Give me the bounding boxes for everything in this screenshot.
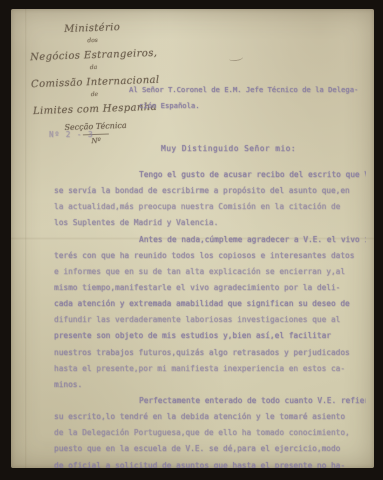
letterhead-ministry: Ministério: [29, 21, 155, 36]
body-line: minos.: [54, 377, 366, 393]
body-line: de oficial a solicitud de asuntos que ha…: [54, 458, 366, 468]
body-line: los Suplentes de Madrid y Valencia.: [54, 215, 366, 231]
letterhead-connector: dos: [30, 36, 156, 46]
paragraph-1: Tengo el gusto de acusar recibo del escr…: [54, 167, 366, 232]
body-line: de la Delegación Portuguesa,que de ello …: [54, 425, 366, 441]
body-line: la actualidad,más preocupa nuestra Comis…: [54, 199, 366, 215]
handwritten-letterhead: Ministério dos Negócios Estrangeiros, da…: [29, 15, 159, 147]
body-line: su escrito,lo tendré en la debida atenci…: [54, 409, 366, 425]
body-line: Tengo el gusto de acusar recibo del escr…: [54, 167, 366, 183]
salutation: Muy Distinguido Señor mio:: [161, 144, 296, 153]
body-line: terés con que ha reunido todos los copio…: [54, 248, 366, 264]
letter-body: Tengo el gusto de acusar recibo del escr…: [54, 167, 366, 468]
body-line: e informes que en su de tan alta explica…: [54, 264, 366, 280]
body-line: difundir las verdaderamente laboriosas i…: [54, 312, 366, 328]
body-line: hasta el presente,por mi manifiesta inex…: [54, 361, 366, 377]
letterhead-foreign-affairs: Negócios Estrangeiros,: [30, 48, 156, 63]
paragraph-3: Perfectamente enterado de todo cuanto V.…: [54, 393, 366, 468]
body-line: Perfectamente enterado de todo cuanto V.…: [54, 393, 366, 409]
addressee-line: Al Señor T.Coronel de E.M. Jefe Técnico …: [129, 82, 358, 98]
body-line: puesto que en la escuela de V.E. se dé,p…: [54, 441, 366, 457]
body-line: Antes de nada,cúmpleme agradecer a V.E. …: [54, 232, 366, 248]
pen-flourish-mark: [229, 54, 244, 62]
paragraph-2: Antes de nada,cúmpleme agradecer a V.E. …: [54, 232, 366, 393]
addressee-block: Al Señor T.Coronel de E.M. Jefe Técnico …: [129, 82, 358, 113]
reference-number: Nº 2 - 3: [49, 130, 94, 139]
addressee-line: ción Española.: [129, 98, 358, 114]
body-line: mismo tiempo,manifestarle el vivo agrade…: [54, 280, 366, 296]
letterhead-connector: da: [30, 63, 156, 73]
body-line: nuestros trabajos futuros,quizás algo re…: [54, 345, 366, 361]
body-line: se servía la bondad de escribirme a prop…: [54, 183, 366, 199]
body-line: presente son objeto de mis estudios y,bi…: [54, 328, 366, 344]
body-line: cada atención y extremada amabilidad que…: [54, 296, 366, 312]
letter-page: Ministério dos Negócios Estrangeiros, da…: [11, 9, 374, 468]
